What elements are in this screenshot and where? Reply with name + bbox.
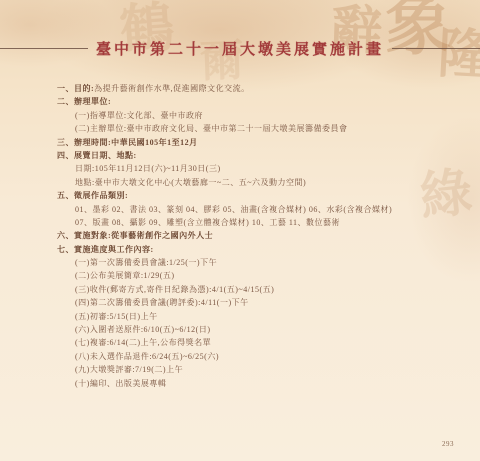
document-line: 日期:105年11月12日(六)~11月30日(三): [0, 162, 480, 175]
line-text: (二)公布美展簡章:1/29(五): [75, 271, 175, 280]
line-text: 日期:105年11月12日(六)~11月30日(三): [75, 164, 221, 173]
document-line: (八)未入選作品退件:6/24(五)~6/25(六): [0, 350, 480, 363]
line-text: (四)第二次籌備委員會議(聘評委):4/11(一)下午: [75, 298, 249, 307]
document-line: 六、實施對象:從事藝術創作之國內外人士: [0, 229, 480, 242]
document-line: (五)初審:5/15(日)上午: [0, 310, 480, 323]
line-text: (十)編印、出版美展專輯: [75, 379, 166, 388]
line-text: (三)收件(郵寄方式,寄件日紀錄為憑):4/1(五)~4/15(五): [75, 285, 274, 294]
line-label: 四、展覽日期、地點:: [57, 151, 137, 160]
document-line: (二)公布美展簡章:1/29(五): [0, 269, 480, 282]
line-text: (一)第一次籌備委員會議:1/25(一)下午: [75, 258, 217, 267]
document-line: 三、辦理時間:中華民國105年1至12月: [0, 136, 480, 149]
document-line: 五、徵展作品類別:: [0, 189, 480, 202]
document-page: 鶴 辭 象 隆 綠 爾 臺中市第二十一屆大墩美展實施計畫 一、目的:為提升藝術創…: [0, 0, 480, 461]
document-line: (九)大墩獎評審:7/19(二)上午: [0, 363, 480, 376]
line-text: (七)複審:6/14(二)上午,公布得獎名單: [75, 338, 211, 347]
title-rule-left: [0, 48, 88, 49]
document-line: 07、版畫 08、攝影 09、雕塑(含立體複合媒材) 10、工藝 11、數位藝術: [0, 216, 480, 229]
line-text: 為提升藝術創作水準,促進國際文化交流。: [94, 84, 250, 93]
line-text: (五)初審:5/15(日)上午: [75, 312, 158, 321]
document-line: (六)入圍者送原件:6/10(五)~6/12(日): [0, 323, 480, 336]
line-label: 六、實施對象:從事藝術創作之國內外人士: [57, 231, 213, 240]
line-text: (一)指導單位:文化部、臺中市政府: [75, 111, 203, 120]
document-line: (四)第二次籌備委員會議(聘評委):4/11(一)下午: [0, 296, 480, 309]
document-line: (一)指導單位:文化部、臺中市政府: [0, 109, 480, 122]
document-line: 地點:臺中市大墩文化中心(大墩藝廊一~二、五~六及動力空間): [0, 176, 480, 189]
document-line: (三)收件(郵寄方式,寄件日紀錄為憑):4/1(五)~4/15(五): [0, 283, 480, 296]
line-label: 一、目的:: [57, 84, 94, 93]
line-label: 二、辦理單位:: [57, 97, 111, 106]
page-title: 臺中市第二十一屆大墩美展實施計畫: [96, 38, 384, 59]
title-rule-right: [392, 48, 480, 49]
line-text: (九)大墩獎評審:7/19(二)上午: [75, 365, 183, 374]
document-line: 一、目的:為提升藝術創作水準,促進國際文化交流。: [0, 82, 480, 95]
line-label: 五、徵展作品類別:: [57, 191, 128, 200]
document-lines: 一、目的:為提升藝術創作水準,促進國際文化交流。二、辦理單位:(一)指導單位:文…: [0, 82, 480, 390]
document-line: (七)複審:6/14(二)上午,公布得獎名單: [0, 336, 480, 349]
document-line: (一)第一次籌備委員會議:1/25(一)下午: [0, 256, 480, 269]
document-line: (十)編印、出版美展專輯: [0, 377, 480, 390]
line-text: (八)未入選作品退件:6/24(五)~6/25(六): [75, 352, 219, 361]
line-text: 07、版畫 08、攝影 09、雕塑(含立體複合媒材) 10、工藝 11、數位藝術: [75, 218, 340, 227]
document-line: 四、展覽日期、地點:: [0, 149, 480, 162]
page-number: 293: [442, 440, 454, 448]
line-text: 地點:臺中市大墩文化中心(大墩藝廊一~二、五~六及動力空間): [75, 178, 306, 187]
document-line: (二)主辦單位:臺中市政府文化局、臺中市第二十一屆大墩美展籌備委員會: [0, 122, 480, 135]
document-line: 七、實施進度與工作內容:: [0, 243, 480, 256]
line-label: 七、實施進度與工作內容:: [57, 245, 154, 254]
document-line: 01、墨彩 02、書法 03、篆刻 04、膠彩 05、油畫(含複合媒材) 06、…: [0, 203, 480, 216]
line-text: 01、墨彩 02、書法 03、篆刻 04、膠彩 05、油畫(含複合媒材) 06、…: [75, 205, 392, 214]
document-line: 二、辦理單位:: [0, 95, 480, 108]
title-row: 臺中市第二十一屆大墩美展實施計畫: [0, 38, 480, 59]
line-text: (六)入圍者送原件:6/10(五)~6/12(日): [75, 325, 210, 334]
line-text: (二)主辦單位:臺中市政府文化局、臺中市第二十一屆大墩美展籌備委員會: [75, 124, 348, 133]
line-label: 三、辦理時間:中華民國105年1至12月: [57, 138, 198, 147]
